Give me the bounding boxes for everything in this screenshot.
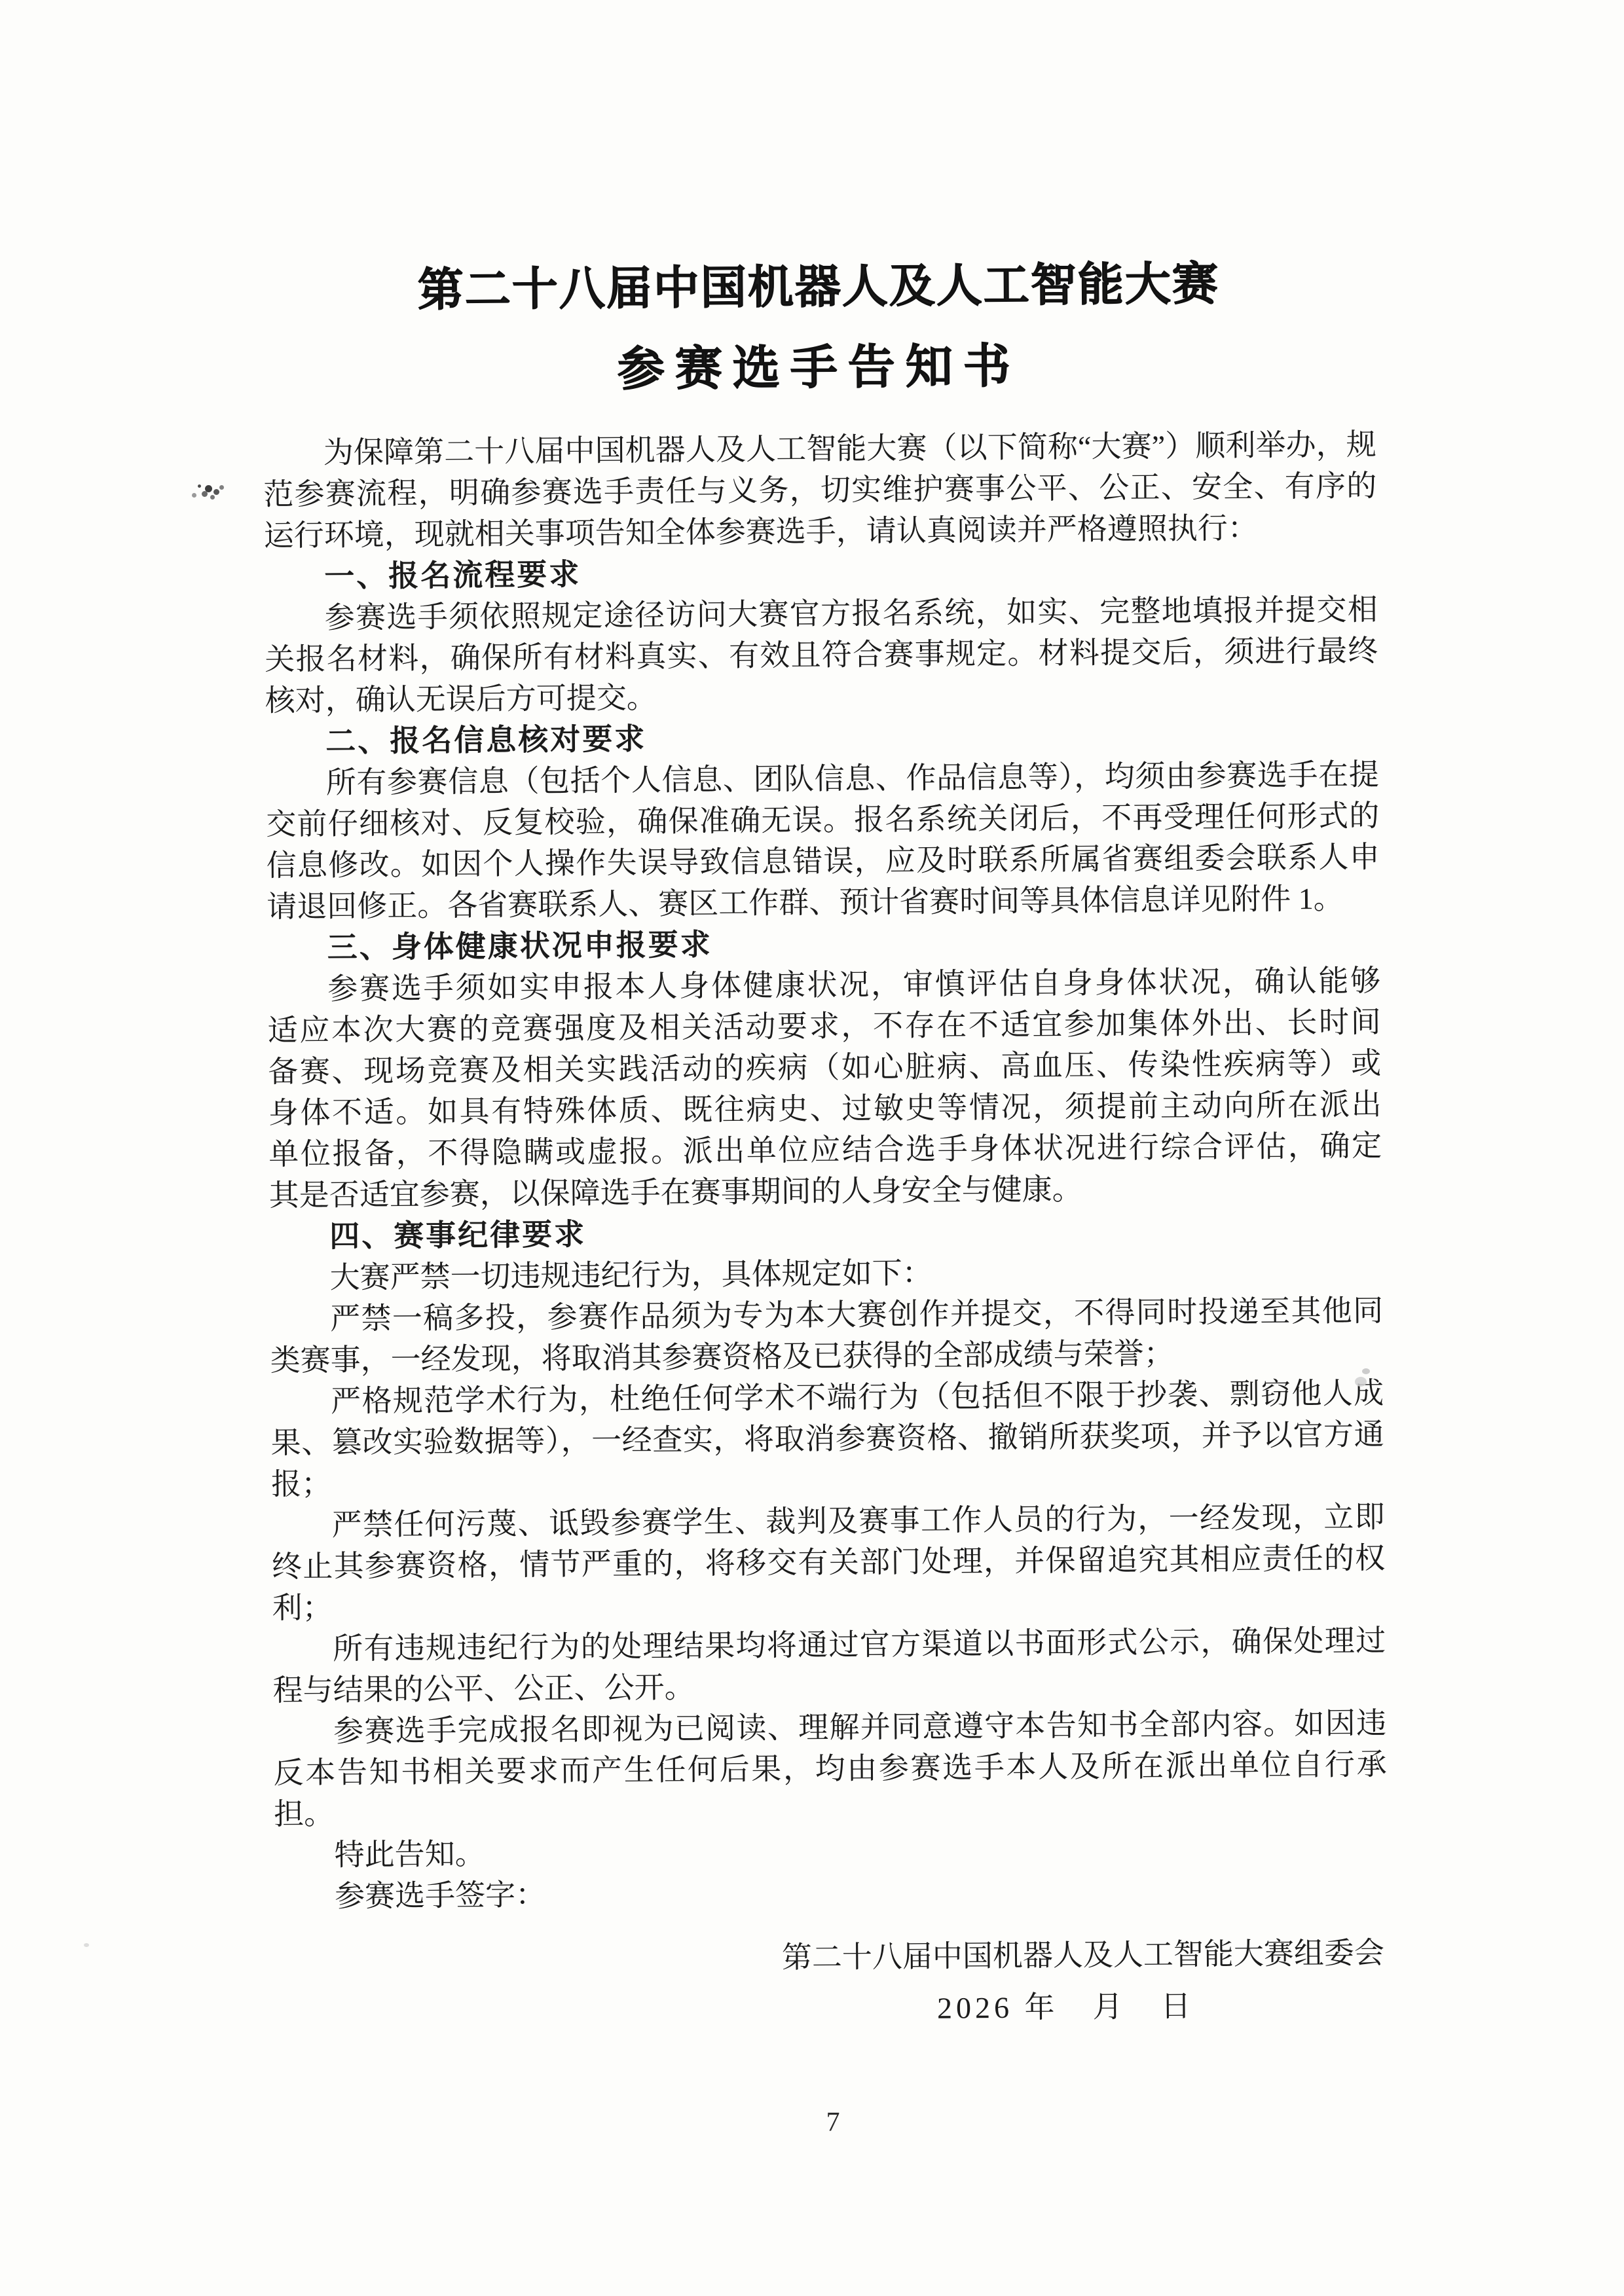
document-subtitle: 参赛选手告知书 — [263, 338, 1376, 399]
ink-smudge — [1362, 1368, 1370, 1374]
date-line: 2026 年 月 日 — [275, 1984, 1388, 2033]
document-title: 第二十八届中国机器人及人工智能大赛 — [262, 256, 1376, 318]
section-health-declaration-paragraph: 参赛选手须如实申报本人身体健康状况，审慎评估自身身体状况，确认能够 适应本次大赛… — [267, 960, 1382, 1216]
page-number: 7 — [0, 2107, 1624, 2138]
contestant-signature-prompt: 参赛选手签字： — [274, 1867, 1388, 1917]
section-info-verification-paragraph: 所有参赛信息（包括个人信息、团队信息、作品信息等），均须由参赛选手在提交前仔细核… — [266, 754, 1380, 927]
committee-signature: 第二十八届中国机器人及人工智能大赛组委会 — [275, 1932, 1388, 1982]
discipline-rule-publicity: 所有违规违纪行为的处理结果均将通过官方渠道以书面形式公示，确保处理过程与结果的公… — [272, 1620, 1386, 1711]
ink-speck — [198, 484, 201, 488]
discipline-rule-multiple-submission: 严禁一稿多投，参赛作品须为专为本大赛创作并提交，不得同时投递至其他同类赛事，一经… — [270, 1290, 1384, 1381]
closing-agreement-paragraph: 参赛选手完成报名即视为已阅读、理解并同意遵守本告知书全部内容。如因违反本告知书相… — [273, 1702, 1387, 1834]
intro-paragraph: 为保障第二十八届中国机器人及人工智能大赛（以下简称“大赛”）顺利举办，规范参赛流… — [263, 424, 1377, 556]
discipline-rule-defamation: 严禁任何污蔑、诋毁参赛学生、裁判及赛事工作人员的行为，一经发现，立即终止其参赛资… — [271, 1496, 1385, 1628]
discipline-rule-academic-integrity: 严格规范学术行为，杜绝任何学术不端行为（包括但不限于抄袭、剽窃他人成果、篡改实验… — [270, 1372, 1384, 1504]
scanned-document-page: 第二十八届中国机器人及人工智能大赛 参赛选手告知书 为保障第二十八届中国机器人及… — [0, 0, 1624, 2296]
document-content: 第二十八届中国机器人及人工智能大赛 参赛选手告知书 为保障第二十八届中国机器人及… — [262, 256, 1389, 2033]
section-registration-process-paragraph: 参赛选手须依照规定途径访问大赛官方报名系统，如实、完整地填报并提交相关报名材料，… — [265, 589, 1378, 721]
ink-dot — [84, 1943, 89, 1947]
